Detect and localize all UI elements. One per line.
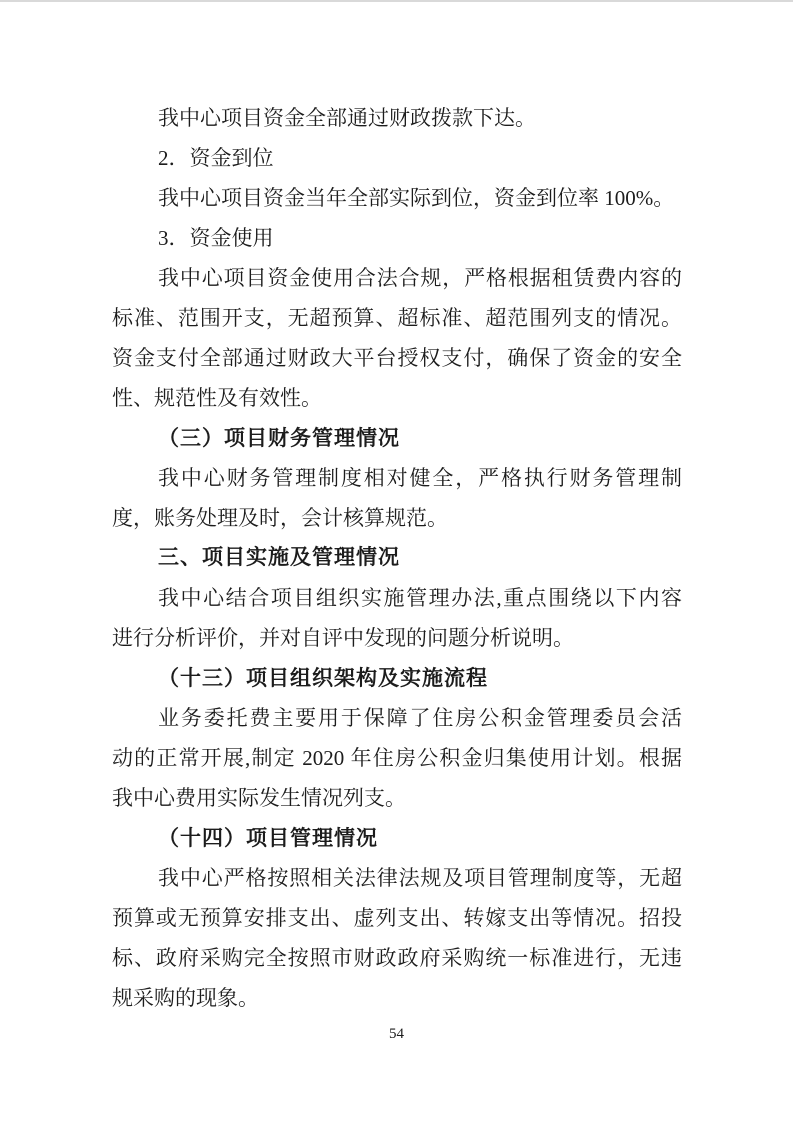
body-text-line: 3．资金使用 [112,218,682,258]
body-text-line: 我中心费用实际发生情况列支。 [112,778,682,818]
section-heading: （三）项目财务管理情况 [112,418,682,458]
page-number: 54 [0,1024,793,1044]
text-block: 我中心项目资金全部通过财政拨款下达。2．资金到位我中心项目资金当年全部实际到位，… [112,98,682,1018]
section-heading: （十四）项目管理情况 [112,818,682,858]
body-text-line: 度，账务处理及时，会计核算规范。 [112,498,682,538]
document-page: 我中心项目资金全部通过财政拨款下达。2．资金到位我中心项目资金当年全部实际到位，… [0,0,793,1122]
body-text-line: 我中心项目资金使用合法合规，严格根据租赁费内容的 [112,258,682,298]
body-text-line: 我中心结合项目组织实施管理办法,重点围绕以下内容 [112,578,682,618]
body-text-line: 2．资金到位 [112,138,682,178]
body-text-line: 业务委托费主要用于保障了住房公积金管理委员会活 [112,698,682,738]
body-text-line: 我中心严格按照相关法律法规及项目管理制度等，无超 [112,858,682,898]
section-heading: （十三）项目组织架构及实施流程 [112,658,682,698]
body-text-line: 我中心项目资金当年全部实际到位，资金到位率 100%。 [112,178,682,218]
body-text-line: 规采购的现象。 [112,978,682,1018]
section-heading: 三、项目实施及管理情况 [112,538,682,578]
body-text-line: 性、规范性及有效性。 [112,378,682,418]
body-text-line: 标准、范围开支，无超预算、超标准、超范围列支的情况。 [112,298,682,338]
body-text-line: 预算或无预算安排支出、虚列支出、转嫁支出等情况。招投 [112,898,682,938]
body-text-line: 动的正常开展,制定 2020 年住房公积金归集使用计划。根据 [112,738,682,778]
body-text-line: 我中心财务管理制度相对健全，严格执行财务管理制 [112,458,682,498]
body-text-line: 我中心项目资金全部通过财政拨款下达。 [112,98,682,138]
body-text-line: 标、政府采购完全按照市财政政府采购统一标准进行，无违 [112,938,682,978]
page-top-edge [0,0,793,2]
body-text-line: 资金支付全部通过财政大平台授权支付，确保了资金的安全 [112,338,682,378]
body-text-line: 进行分析评价，并对自评中发现的问题分析说明。 [112,618,682,658]
